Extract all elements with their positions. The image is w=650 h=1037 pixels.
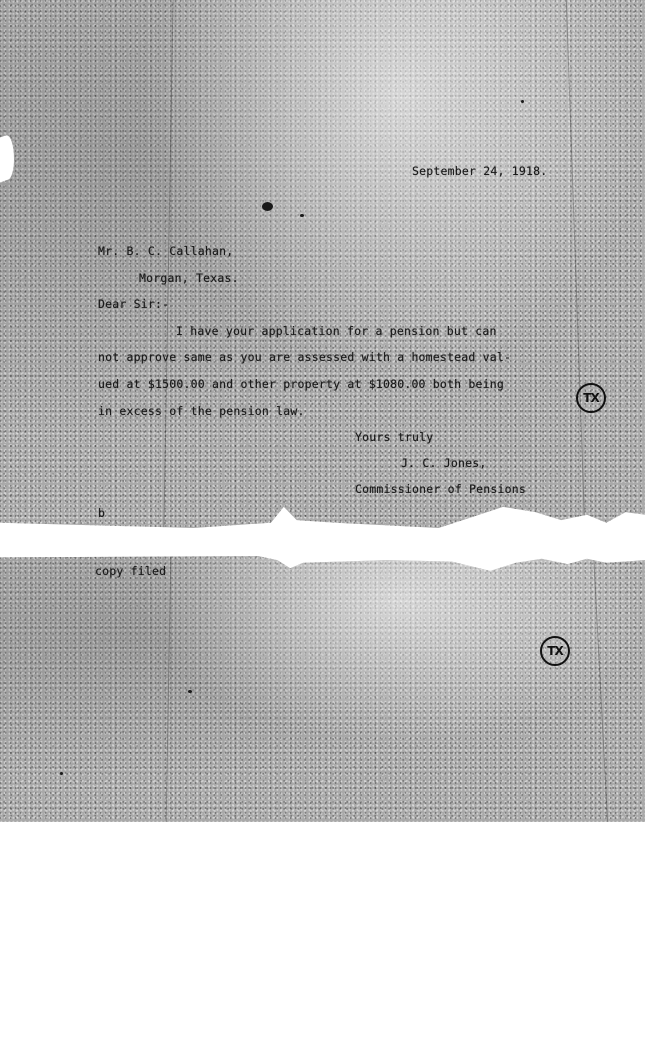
tx-stamp-icon: TX (540, 636, 570, 666)
paper-crease (593, 552, 608, 822)
letter-page-bottom: copy filed TX (0, 552, 645, 822)
paper-crease (166, 552, 172, 822)
letter-date: September 24, 1918. (412, 164, 547, 178)
ink-blot (262, 202, 273, 211)
body-line-4: in excess of the pension law. (98, 404, 305, 418)
signer-title: Commissioner of Pensions (355, 482, 526, 496)
tx-stamp-icon: TX (576, 383, 606, 413)
body-line-1: I have your application for a pension bu… (176, 324, 497, 338)
signer-name: J. C. Jones, (401, 456, 486, 470)
body-line-2: not approve same as you are assessed wit… (98, 350, 511, 364)
ink-speck (300, 214, 304, 217)
torn-edge-notch (0, 132, 14, 182)
typist-initial: b (98, 506, 105, 520)
ink-speck (521, 100, 524, 103)
recipient-location: Morgan, Texas. (139, 271, 239, 285)
paper-crease (163, 0, 173, 528)
ink-speck (188, 690, 192, 693)
body-line-3: ued at $1500.00 and other property at $1… (98, 377, 504, 391)
ink-speck (60, 772, 63, 775)
paper-crease (566, 0, 585, 528)
closing: Yours truly (355, 430, 433, 444)
letter-page-top: September 24, 1918. Mr. B. C. Callahan, … (0, 0, 645, 528)
salutation: Dear Sir:- (98, 297, 169, 311)
copy-filed-note: copy filed (95, 564, 166, 578)
recipient-name: Mr. B. C. Callahan, (98, 244, 233, 258)
